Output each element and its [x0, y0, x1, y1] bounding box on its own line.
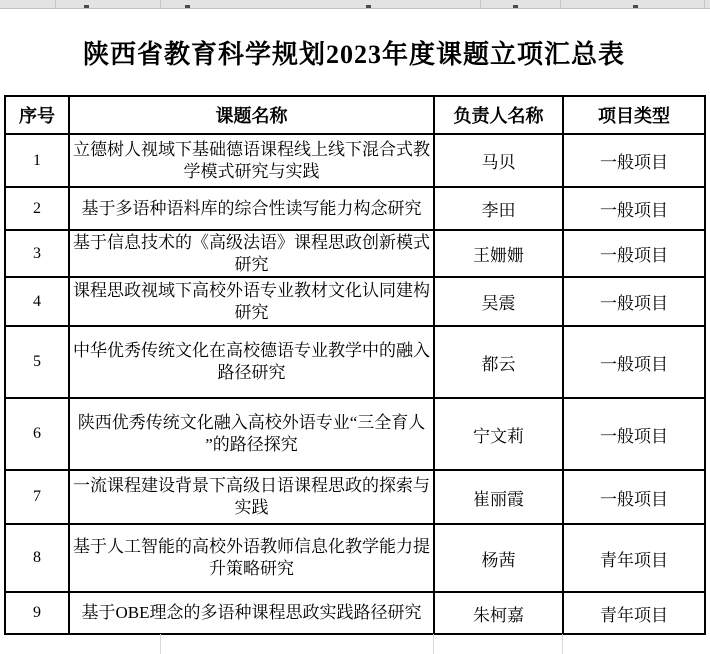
- spreadsheet-column-strip: [0, 0, 710, 9]
- table-row: 1 立德树人视域下基础德语课程线上线下混合式教学模式研究与实践 马贝 一般项目: [5, 134, 705, 187]
- cell-project-title[interactable]: 中华优秀传统文化在高校德语专业教学中的融入路径研究: [69, 326, 434, 398]
- cell-serial[interactable]: 9: [5, 592, 69, 634]
- table-row: 5 中华优秀传统文化在高校德语专业教学中的融入路径研究 都云 一般项目: [5, 326, 705, 398]
- table-row: 9 基于OBE理念的多语种课程思政实践路径研究 朱柯嘉 青年项目: [5, 592, 705, 634]
- table-row: 4 课程思政视域下高校外语专业教材文化认同建构研究 吴震 一般项目: [5, 277, 705, 326]
- cell-serial[interactable]: 6: [5, 398, 69, 470]
- table-row: 6 陕西优秀传统文化融入高校外语专业“三全育人 ”的路径探究 宁文莉 一般项目: [5, 398, 705, 470]
- cell-leader[interactable]: 宁文莉: [434, 398, 563, 470]
- column-letter-remnant: [513, 5, 518, 8]
- table-header-row: 序号 课题名称 负责人名称 项目类型: [5, 96, 705, 134]
- cell-project-type[interactable]: 一般项目: [563, 277, 705, 326]
- cell-project-title[interactable]: 陕西优秀传统文化融入高校外语专业“三全育人 ”的路径探究: [69, 398, 434, 470]
- cell-leader[interactable]: 杨茜: [434, 524, 563, 592]
- cell-serial[interactable]: 4: [5, 277, 69, 326]
- column-divider: [704, 0, 705, 8]
- column-divider: [480, 0, 481, 8]
- cell-serial[interactable]: 2: [5, 187, 69, 230]
- column-letter-remnant: [366, 5, 371, 8]
- cell-project-title[interactable]: 基于人工智能的高校外语教师信息化教学能力提升策略研究: [69, 524, 434, 592]
- cell-project-type[interactable]: 一般项目: [563, 398, 705, 470]
- col-header-project-type[interactable]: 项目类型: [563, 96, 705, 134]
- column-divider: [160, 0, 161, 8]
- cell-project-title[interactable]: 一流课程建设背景下高级日语课程思政的探索与实践: [69, 470, 434, 524]
- table-row: 8 基于人工智能的高校外语教师信息化教学能力提升策略研究 杨茜 青年项目: [5, 524, 705, 592]
- cell-serial[interactable]: 3: [5, 230, 69, 277]
- cell-leader[interactable]: 王姗姗: [434, 230, 563, 277]
- cell-project-type[interactable]: 一般项目: [563, 326, 705, 398]
- cell-serial[interactable]: 5: [5, 326, 69, 398]
- title-area: 陕西省教育科学规划2023年度课题立项汇总表: [4, 9, 704, 95]
- sheet-gridline: [562, 634, 563, 654]
- cell-project-title[interactable]: 课程思政视域下高校外语专业教材文化认同建构研究: [69, 277, 434, 326]
- cell-serial[interactable]: 1: [5, 134, 69, 187]
- cell-project-type[interactable]: 一般项目: [563, 187, 705, 230]
- cell-project-title[interactable]: 基于多语种语料库的综合性读写能力构念研究: [69, 187, 434, 230]
- page-title[interactable]: 陕西省教育科学规划2023年度课题立项汇总表: [83, 34, 625, 71]
- cell-project-type[interactable]: 青年项目: [563, 524, 705, 592]
- col-header-serial[interactable]: 序号: [5, 96, 69, 134]
- column-letter-remnant: [84, 5, 89, 8]
- column-letter-remnant: [633, 5, 638, 8]
- cell-leader[interactable]: 都云: [434, 326, 563, 398]
- projects-table: 序号 课题名称 负责人名称 项目类型 1 立德树人视域下基础德语课程线上线下混合…: [4, 95, 706, 635]
- cell-leader[interactable]: 崔丽霞: [434, 470, 563, 524]
- cell-project-title[interactable]: 基于信息技术的《高级法语》课程思政创新模式研究: [69, 230, 434, 277]
- cell-project-type[interactable]: 一般项目: [563, 470, 705, 524]
- cell-project-title[interactable]: 基于OBE理念的多语种课程思政实践路径研究: [69, 592, 434, 634]
- cell-leader[interactable]: 马贝: [434, 134, 563, 187]
- table-row: 2 基于多语种语料库的综合性读写能力构念研究 李田 一般项目: [5, 187, 705, 230]
- cell-leader[interactable]: 李田: [434, 187, 563, 230]
- column-divider: [560, 0, 561, 8]
- col-header-leader[interactable]: 负责人名称: [434, 96, 563, 134]
- sheet-gridline: [160, 634, 161, 654]
- cell-project-type[interactable]: 青年项目: [563, 592, 705, 634]
- cell-leader[interactable]: 朱柯嘉: [434, 592, 563, 634]
- sheet-gridline: [433, 634, 434, 654]
- cell-project-type[interactable]: 一般项目: [563, 230, 705, 277]
- column-divider: [55, 0, 56, 8]
- table-row: 3 基于信息技术的《高级法语》课程思政创新模式研究 王姗姗 一般项目: [5, 230, 705, 277]
- spreadsheet-page: 陕西省教育科学规划2023年度课题立项汇总表 序号 课题名称 负责人名称 项目类…: [0, 0, 710, 654]
- cell-project-title[interactable]: 立德树人视域下基础德语课程线上线下混合式教学模式研究与实践: [69, 134, 434, 187]
- table-row: 7 一流课程建设背景下高级日语课程思政的探索与实践 崔丽霞 一般项目: [5, 470, 705, 524]
- cell-project-type[interactable]: 一般项目: [563, 134, 705, 187]
- cell-leader[interactable]: 吴震: [434, 277, 563, 326]
- column-letter-remnant: [185, 5, 190, 8]
- cell-serial[interactable]: 8: [5, 524, 69, 592]
- cell-serial[interactable]: 7: [5, 470, 69, 524]
- col-header-project-title[interactable]: 课题名称: [69, 96, 434, 134]
